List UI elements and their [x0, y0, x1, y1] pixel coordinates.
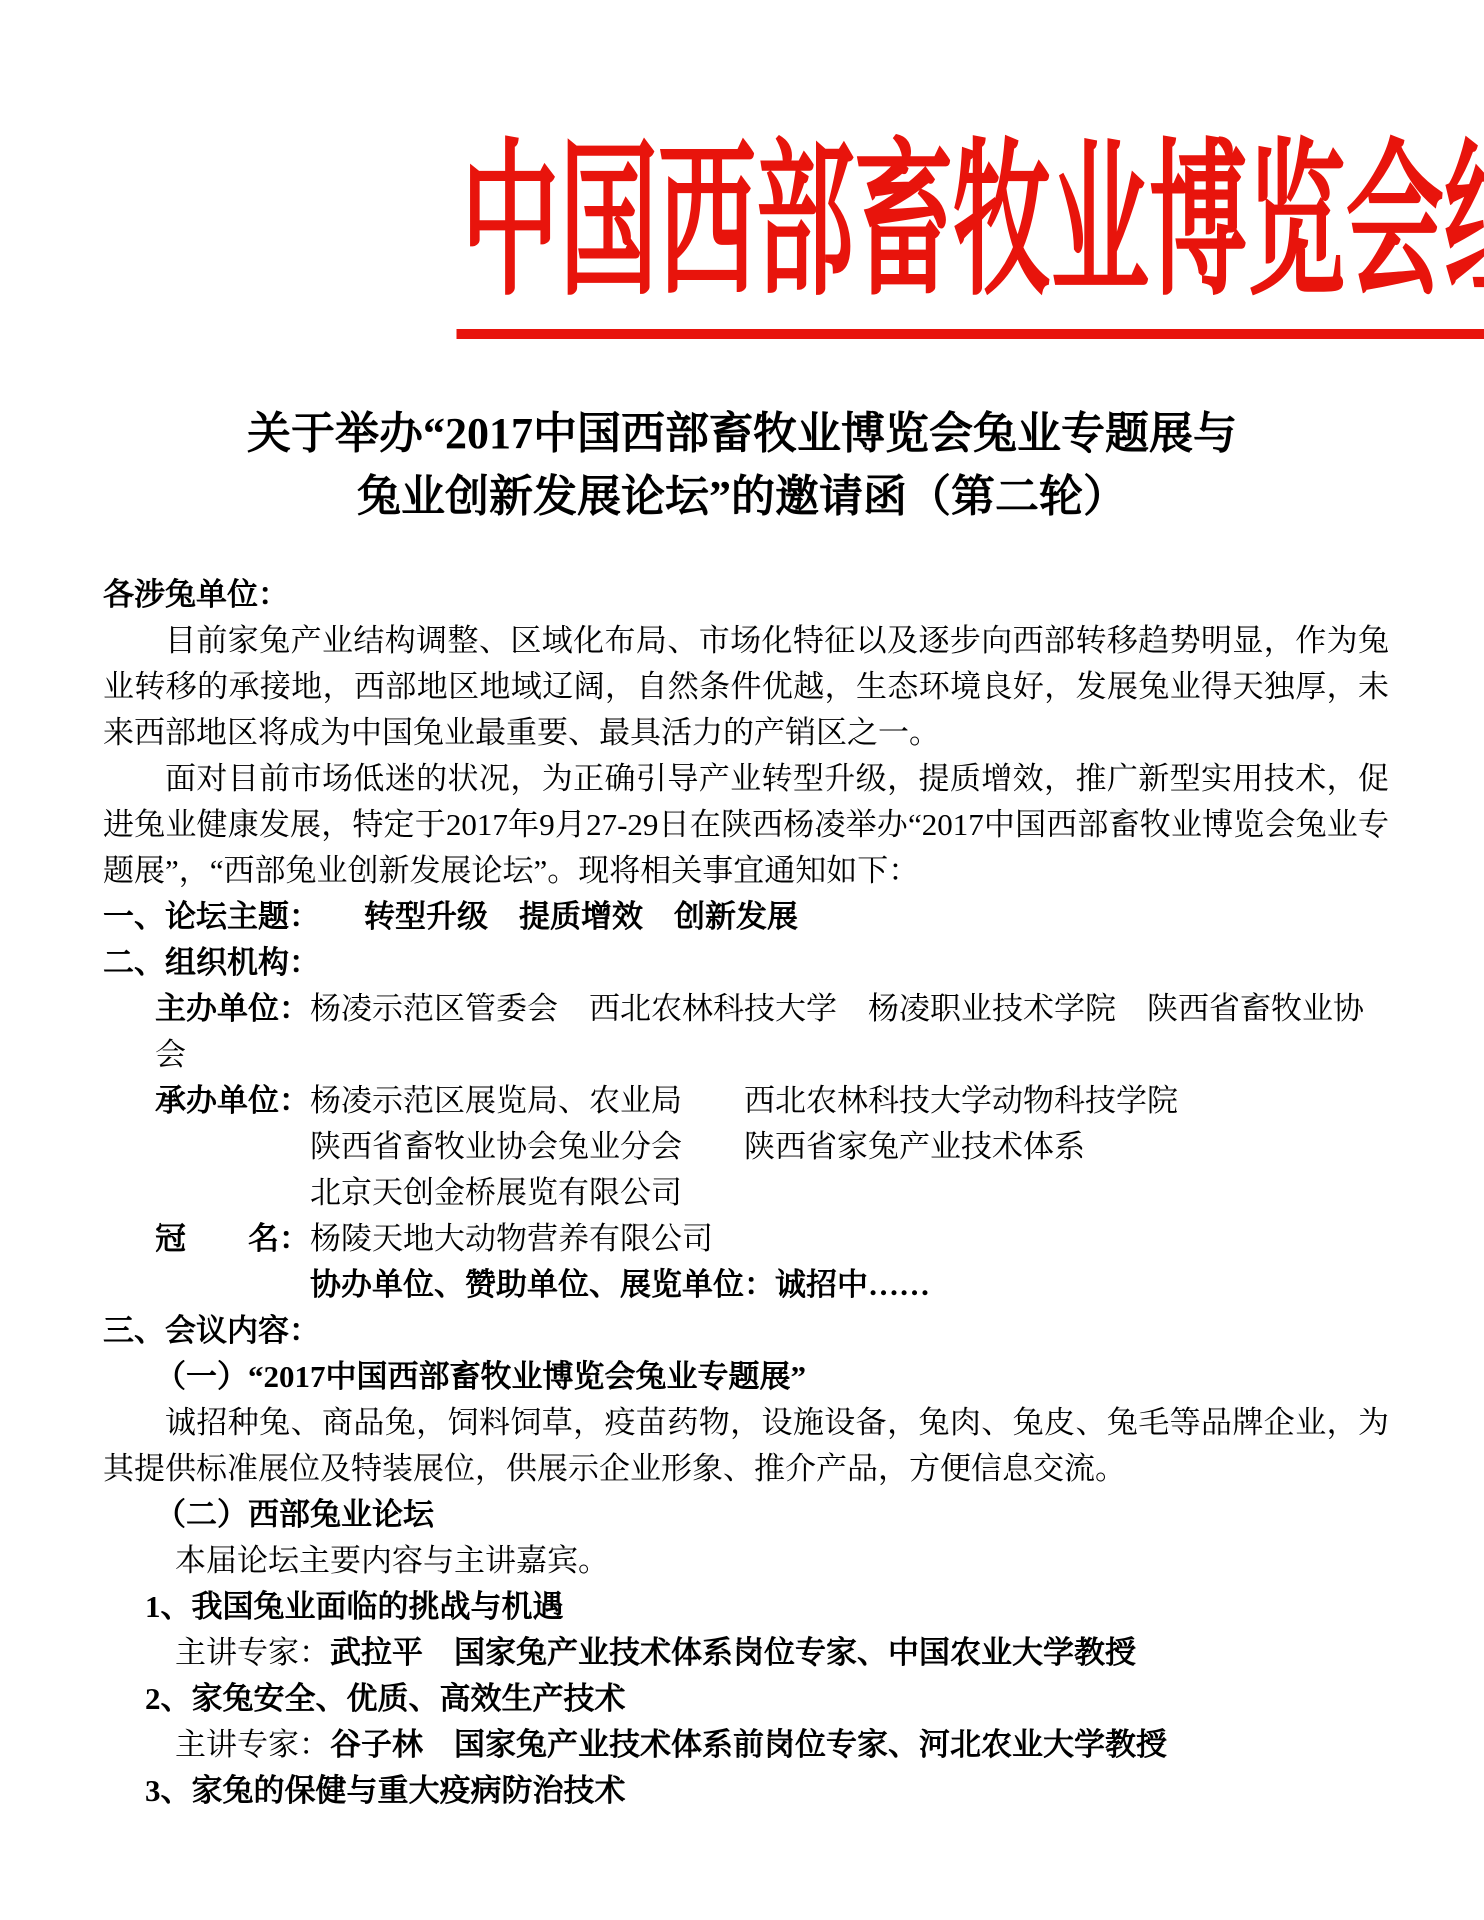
section2-heading: 二、组织机构：	[103, 940, 1389, 986]
topic-3-title: 家兔的保健与重大疫病防治技术	[192, 1773, 626, 1808]
topic-1-title-row: 1、我国兔业面临的挑战与机遇	[103, 1584, 1389, 1630]
topic-2-title-row: 2、家兔安全、优质、高效生产技术	[103, 1676, 1389, 1722]
topic-2-title: 家兔安全、优质、高效生产技术	[192, 1681, 626, 1716]
topic-1-title: 我国兔业面临的挑战与机遇	[192, 1589, 564, 1624]
subsection1-paragraph: 诚招种兔、商品兔，饲料饲草，疫苗药物，设施设备，兔肉、兔皮、兔毛等品牌企业，为其…	[103, 1400, 1389, 1492]
topic-1-speaker-label: 主讲专家：	[175, 1635, 330, 1670]
section-forum-theme: 一、论坛主题：转型升级 提质增效 创新发展	[103, 894, 1389, 940]
paragraph-event-announcement: 面对目前市场低迷的状况，为正确引导产业转型升级，提质增效，推广新型实用技术，促进…	[103, 756, 1389, 894]
topic-3-number: 3、	[145, 1773, 192, 1808]
paragraph-industry-overview: 目前家兔产业结构调整、区域化布局、市场化特征以及逐步向西部转移趋势明显，作为兔业…	[103, 618, 1389, 756]
subsection2-heading: （二）西部兔业论坛	[103, 1492, 1389, 1538]
recruiting-notice: 协办单位、赞助单位、展览单位：诚招中……	[103, 1262, 1389, 1308]
subsection2-intro: 本届论坛主要内容与主讲嘉宾。	[103, 1538, 1389, 1584]
topic-1-speaker: 武拉平 国家兔产业技术体系岗位专家、中国农业大学教授	[330, 1635, 1136, 1670]
naming-sponsor-value: 杨陵天地大动物营养有限公司	[310, 1221, 713, 1256]
host-units-value: 杨凌示范区管委会 西北农林科技大学 杨凌职业技术学院 陕西省畜牧业协会	[155, 991, 1364, 1072]
letter-body: 各涉兔单位： 目前家兔产业结构调整、区域化布局、市场化特征以及逐步向西部转移趋势…	[0, 572, 1484, 1814]
document-page: 中国西部畜牧业博览会组委会 关于举办“2017中国西部畜牧业博览会兔业专题展与 …	[0, 0, 1484, 1920]
letterhead: 中国西部畜牧业博览会组委会	[0, 0, 1484, 382]
host-units-label: 主办单位：	[155, 991, 310, 1026]
organization-title: 中国西部畜牧业博览会组委会	[457, 126, 1484, 339]
topic-1-speaker-row: 主讲专家：武拉平 国家兔产业技术体系岗位专家、中国农业大学教授	[103, 1630, 1389, 1676]
forum-themes: 转型升级 提质增效 创新发展	[364, 899, 798, 934]
topic-2-speaker-row: 主讲专家：谷子林 国家兔产业技术体系前岗位专家、河北农业大学教授	[103, 1722, 1389, 1768]
topic-2-speaker: 谷子林 国家兔产业技术体系前岗位专家、河北农业大学教授	[330, 1727, 1167, 1762]
naming-sponsor-label: 冠 名：	[155, 1221, 310, 1256]
topic-3-title-row: 3、家兔的保健与重大疫病防治技术	[103, 1768, 1389, 1814]
host-units-row: 主办单位：杨凌示范区管委会 西北农林科技大学 杨凌职业技术学院 陕西省畜牧业协会	[103, 986, 1389, 1078]
organizer-units-line2: 陕西省畜牧业协会兔业分会 陕西省家兔产业技术体系	[103, 1124, 1389, 1170]
organizer-units-line3: 北京天创金桥展览有限公司	[103, 1170, 1389, 1216]
organizer-units-row: 承办单位：杨凌示范区展览局、农业局 西北农林科技大学动物科技学院	[103, 1078, 1389, 1124]
document-title-line1: 关于举办“2017中国西部畜牧业博览会兔业专题展与	[0, 402, 1484, 465]
organizer-units-label: 承办单位：	[155, 1083, 310, 1118]
section3-heading: 三、会议内容：	[103, 1308, 1389, 1354]
naming-sponsor-row: 冠 名：杨陵天地大动物营养有限公司	[103, 1216, 1389, 1262]
subsection1-heading: （一）“2017中国西部畜牧业博览会兔业专题展”	[103, 1354, 1389, 1400]
salutation: 各涉兔单位：	[103, 572, 1389, 618]
topic-2-speaker-label: 主讲专家：	[175, 1727, 330, 1762]
document-title: 关于举办“2017中国西部畜牧业博览会兔业专题展与 兔业创新发展论坛”的邀请函（…	[0, 402, 1484, 528]
organizer-units-line1: 杨凌示范区展览局、农业局 西北农林科技大学动物科技学院	[310, 1083, 1178, 1118]
topic-1-number: 1、	[145, 1589, 192, 1624]
topic-2-number: 2、	[145, 1681, 192, 1716]
section1-heading: 一、论坛主题：	[103, 899, 320, 934]
document-title-line2: 兔业创新发展论坛”的邀请函（第二轮）	[0, 465, 1484, 528]
